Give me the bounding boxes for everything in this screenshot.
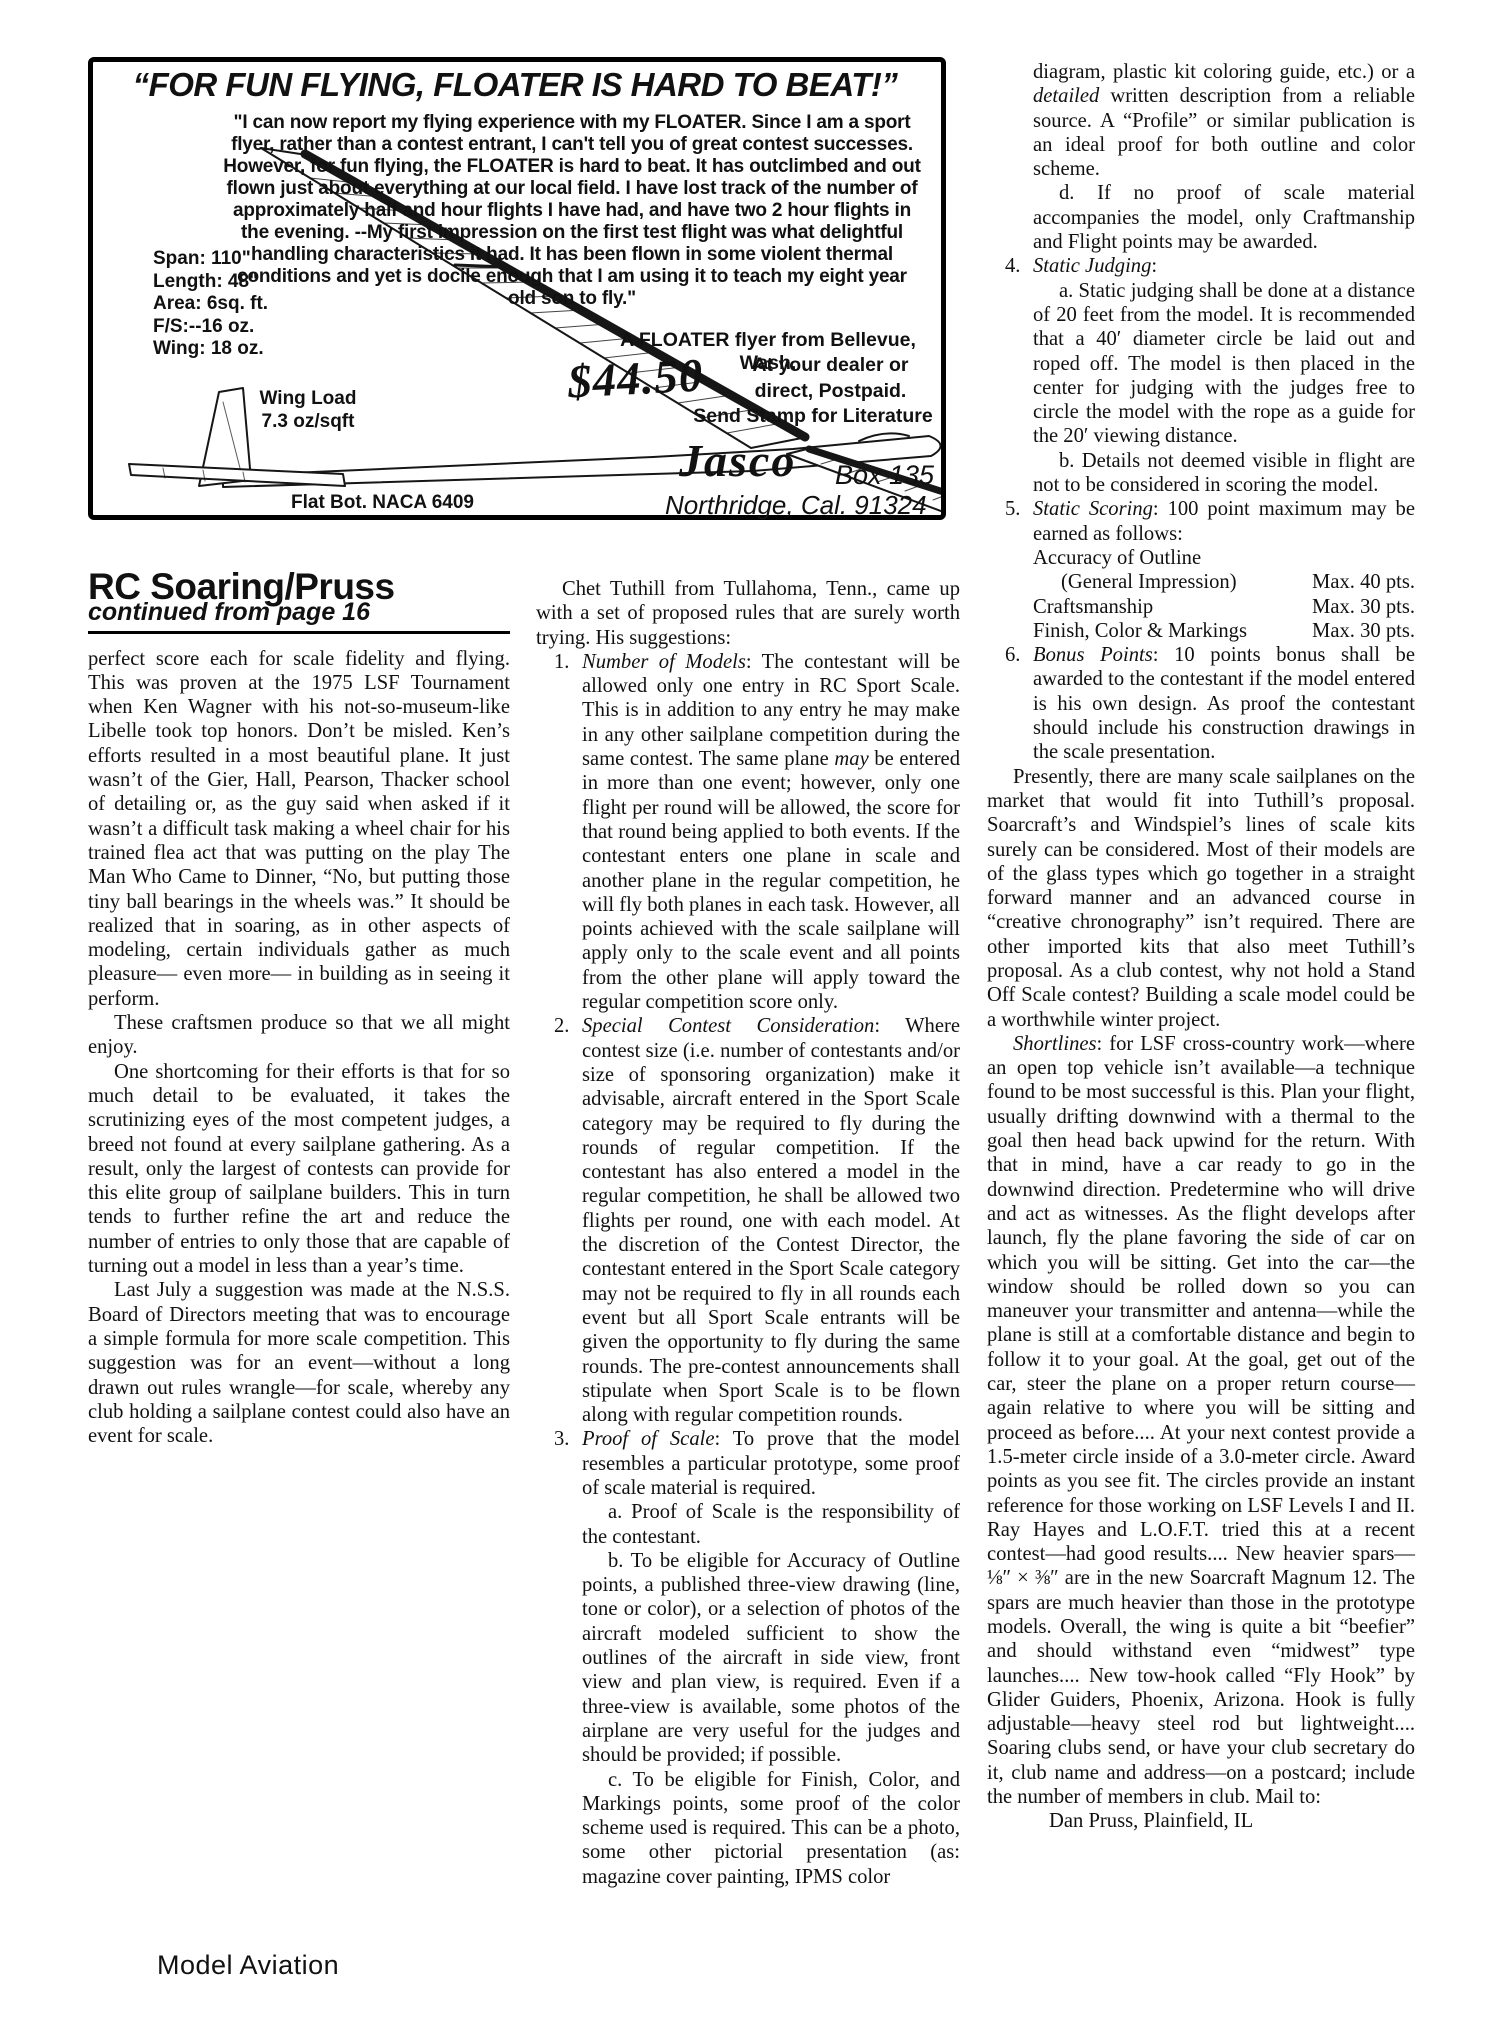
paragraph: perfect score each for scale fidelity an… <box>88 647 510 1011</box>
item-number: 3. <box>554 1427 569 1451</box>
item-continuation: diagram, plastic kit coloring guide, etc… <box>987 60 1415 254</box>
spec-length: Length: 48" <box>153 271 268 294</box>
sub-item-a: a. Static judging shall be done at a dis… <box>1033 279 1415 449</box>
score-label: Finish, Color & Markings <box>1033 619 1247 643</box>
paragraph: One shortcoming for their efforts is tha… <box>88 1060 510 1279</box>
score-label: (General Impression) <box>1033 570 1237 594</box>
score-value: Max. 40 pts. <box>1312 570 1415 594</box>
rule-item-4: 4. Static Judging: a. Static judging sha… <box>987 254 1415 497</box>
ad-box-number: Box 135 <box>835 460 934 491</box>
score-row: (General Impression) Max. 40 pts. <box>1033 570 1415 594</box>
paragraph-shortlines: Shortlines: for LSF cross-country work—w… <box>987 1032 1415 1810</box>
paragraph: Last July a suggestion was made at the N… <box>88 1278 510 1448</box>
rule-item-2: 2. Special Contest Consideration: Where … <box>536 1014 960 1427</box>
item-number: 4. <box>1005 254 1020 278</box>
magazine-footer: Model Aviation <box>157 1950 339 1981</box>
rule-item-3: 3. Proof of Scale: To prove that the mod… <box>536 1427 960 1889</box>
item-body: Static Scoring: 100 point maximum may be… <box>1033 497 1415 546</box>
score-value: Max. 30 pts. <box>1312 619 1415 643</box>
sub-item-c: c. To be eligible for Finish, Color, and… <box>582 1768 960 1889</box>
paragraph: Chet Tuthill from Tullahoma, Tenn., came… <box>536 577 960 650</box>
item-body: Special Contest Consideration: Where con… <box>582 1014 960 1427</box>
column-right: diagram, plastic kit coloring guide, etc… <box>987 60 1415 1834</box>
article-subtitle: continued from page 16 <box>88 600 510 624</box>
score-table: Accuracy of Outline (General Impression)… <box>1033 546 1415 643</box>
rule-item-1: 1. Number of Models: The contestant will… <box>536 650 960 1014</box>
item-body: Proof of Scale: To prove that the model … <box>582 1427 960 1500</box>
ad-wing-load: Wing Load 7.3 oz/sqft <box>223 387 393 433</box>
ad-price: $44.50 <box>567 348 705 409</box>
paragraph: These craftsmen produce so that we all m… <box>88 1011 510 1060</box>
ad-dealer-note: At your dealer or direct, Postpaid. <box>713 352 948 404</box>
score-row: Craftsmanship Max. 30 pts. <box>1033 595 1415 619</box>
item-number: 6. <box>1005 643 1020 667</box>
magazine-page: “FOR FUN FLYING, FLOATER IS HARD TO BEAT… <box>0 0 1500 2031</box>
item-body: Bonus Points: 10 points bonus shall be a… <box>1033 643 1415 764</box>
ad-stamp-note: Send Stamp for Literature <box>663 405 963 428</box>
wing-load-label: Wing Load <box>223 387 393 410</box>
spec-span: Span: 110" <box>153 248 268 271</box>
spec-wing: Wing: 18 oz. <box>153 338 268 361</box>
spec-area: Area: 6sq. ft. <box>153 293 268 316</box>
sub-item-b: b. Details not deemed visible in flight … <box>1033 449 1415 498</box>
ad-testimonial: "I can now report my flying experience w… <box>221 112 923 310</box>
column-middle: Chet Tuthill from Tullahoma, Tenn., came… <box>536 577 960 1889</box>
ad-city: Northridge, Cal. 91324 <box>665 490 927 521</box>
score-label: Craftsmanship <box>1033 595 1153 619</box>
column-left: RC Soaring/Pruss continued from page 16 … <box>88 575 510 1448</box>
ad-headline: “FOR FUN FLYING, FLOATER IS HARD TO BEAT… <box>103 66 927 104</box>
item-number: 5. <box>1005 497 1020 521</box>
sub-item-d: d. If no proof of scale material accompa… <box>1033 181 1415 254</box>
dealer-line-2: direct, Postpaid. <box>713 378 948 404</box>
article-title: RC Soaring/Pruss <box>88 575 510 599</box>
wing-load-value: 7.3 oz/sqft <box>223 410 393 433</box>
item-body: Static Judging: <box>1033 254 1415 278</box>
rule-item-5: 5. Static Scoring: 100 point maximum may… <box>987 497 1415 643</box>
rule-item-6: 6. Bonus Points: 10 points bonus shall b… <box>987 643 1415 764</box>
sub-item-a: a. Proof of Scale is the responsibility … <box>582 1500 960 1549</box>
paragraph: diagram, plastic kit coloring guide, etc… <box>1033 60 1415 181</box>
score-row: Finish, Color & Markings Max. 30 pts. <box>1033 619 1415 643</box>
item-number: 2. <box>554 1014 569 1038</box>
spec-fs: F/S:--16 oz. <box>153 316 268 339</box>
item-body: Number of Models: The contestant will be… <box>582 650 960 1014</box>
sub-item-b: b. To be eligible for Accuracy of Outlin… <box>582 1549 960 1768</box>
dealer-line-1: At your dealer or <box>713 352 948 378</box>
score-value: Max. 30 pts. <box>1312 595 1415 619</box>
score-row: Accuracy of Outline <box>1033 546 1415 570</box>
ad-spec-list: Span: 110" Length: 48" Area: 6sq. ft. F/… <box>153 248 268 361</box>
ad-airfoil-note: Flat Bot. NACA 6409 <box>291 492 474 514</box>
jasco-logo: Jasco <box>679 434 796 487</box>
paragraph: Presently, there are many scale sailplan… <box>987 765 1415 1032</box>
item-number: 1. <box>554 650 569 674</box>
score-label: Accuracy of Outline <box>1033 546 1201 570</box>
floater-ad: “FOR FUN FLYING, FLOATER IS HARD TO BEAT… <box>88 57 946 520</box>
title-rule <box>88 631 510 634</box>
mail-to-line: Dan Pruss, Plainfield, IL <box>987 1809 1415 1833</box>
